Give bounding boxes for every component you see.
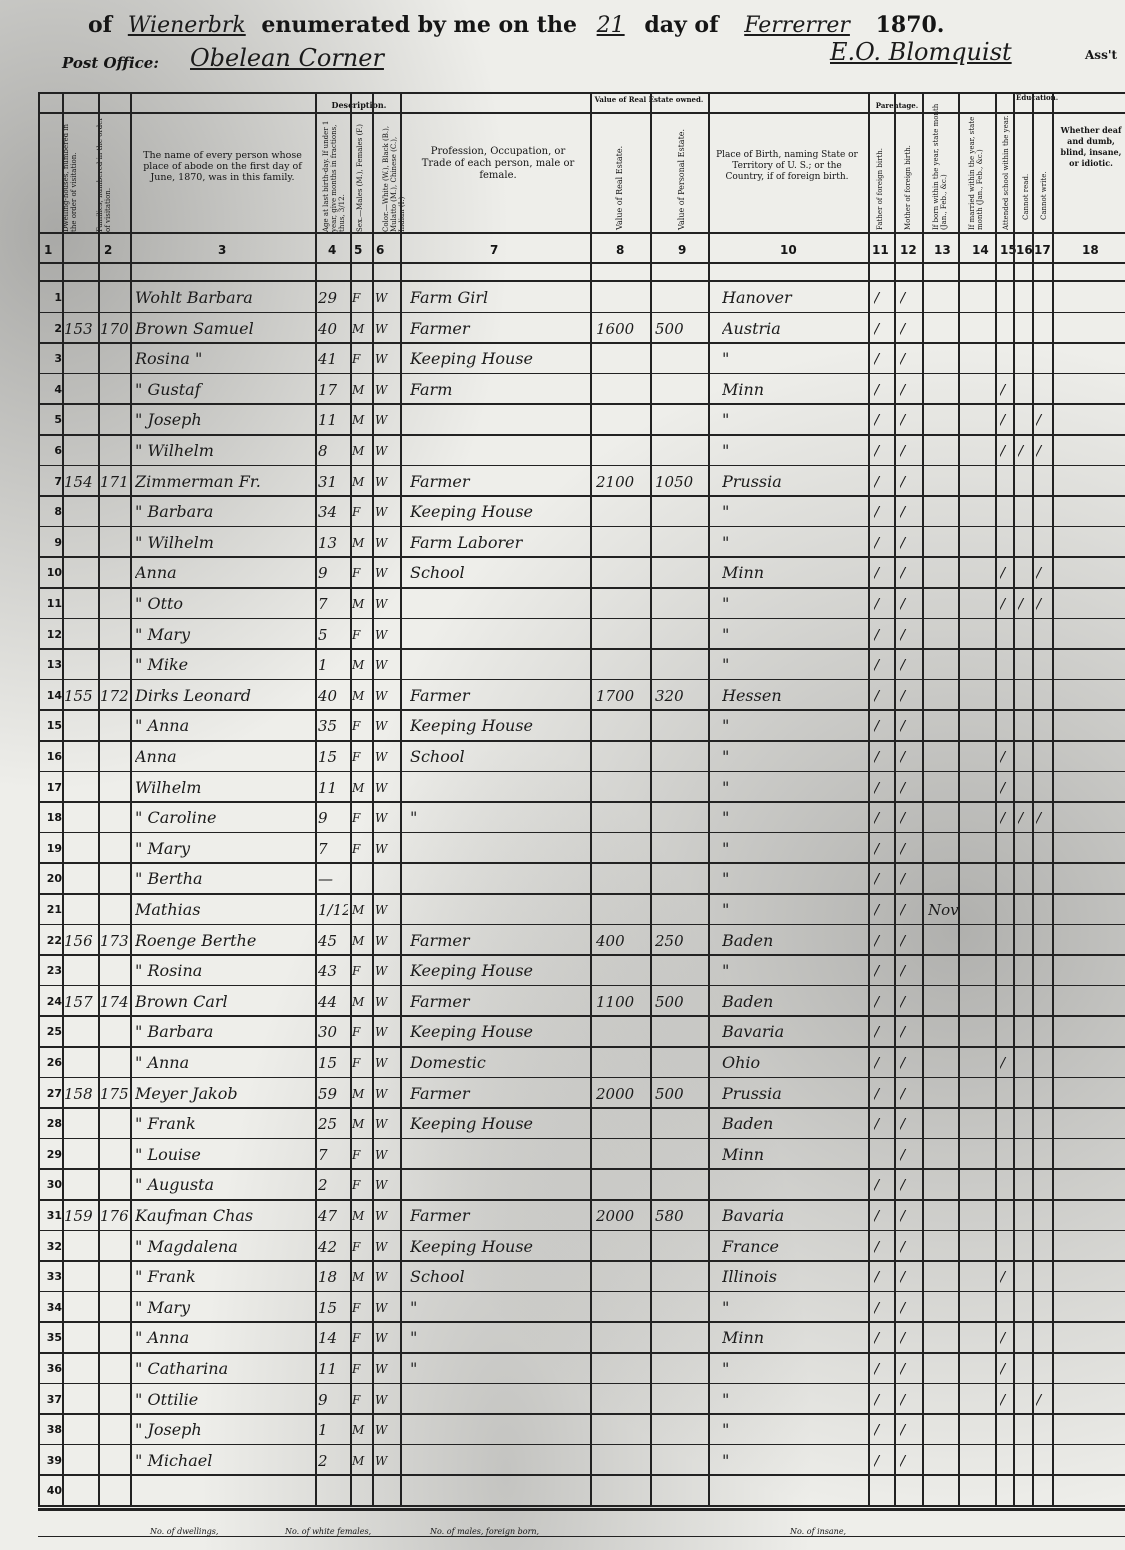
cell-re: 1700: [596, 687, 648, 705]
line-number: 9: [40, 536, 62, 549]
cell-m: /: [900, 1207, 918, 1225]
col15-heading: Attended school within the year.: [1002, 100, 1010, 230]
cell-m: /: [900, 1176, 918, 1194]
cell-m: /: [900, 809, 918, 827]
cell-f: /: [874, 870, 892, 888]
grid-row-line: [38, 985, 1125, 987]
cell-sex: M: [352, 779, 372, 797]
column-number: 8: [616, 243, 624, 257]
cell-school: /: [1000, 1391, 1014, 1409]
grid-vertical-line: [372, 92, 374, 1507]
cell-re: 1600: [596, 320, 648, 338]
year-value: 1870.: [876, 12, 945, 38]
cell-f: /: [874, 534, 892, 552]
cell-name: Wohlt Barbara: [135, 289, 315, 307]
cell-f: /: [874, 473, 892, 491]
cell-color: W: [375, 656, 399, 674]
cell-occ: Keeping House: [410, 1115, 585, 1133]
cell-f: /: [874, 1299, 892, 1317]
grid-vertical-line: [38, 92, 40, 1507]
grid-row-line: [38, 465, 1125, 467]
day-of-label: day of: [644, 12, 718, 38]
grid-vertical-line: [922, 92, 924, 1507]
cell-occ: ": [410, 809, 585, 827]
column-number: 2: [104, 243, 112, 257]
cell-f: /: [874, 503, 892, 521]
cell-color: W: [375, 1054, 399, 1072]
cell-age: 15: [318, 748, 348, 766]
cell-age: 7: [318, 595, 348, 613]
cell-birth: ": [722, 503, 862, 521]
cell-color: W: [375, 626, 399, 644]
cell-color: W: [375, 901, 399, 919]
grid-row-line: [38, 1260, 1125, 1262]
cell-sex: M: [352, 687, 372, 705]
cell-f: /: [874, 1054, 892, 1072]
cell-age: 25: [318, 1115, 348, 1133]
cell-m: /: [900, 381, 918, 399]
cell-nw: /: [1036, 442, 1050, 460]
line-number: 34: [40, 1301, 62, 1314]
cell-color: W: [375, 1421, 399, 1439]
cell-age: 9: [318, 1391, 348, 1409]
cell-f: /: [874, 289, 892, 307]
cell-occ: Keeping House: [410, 1023, 585, 1041]
cell-sex: M: [352, 381, 372, 399]
cell-m: /: [900, 1421, 918, 1439]
cell-birth: Baden: [722, 993, 862, 1011]
cell-nw: /: [1036, 411, 1050, 429]
cell-color: W: [375, 687, 399, 705]
census-page: of Wienerbrk enumerated by me on the 21 …: [0, 0, 1125, 1550]
grid-row-line: [38, 954, 1125, 956]
cell-age: 45: [318, 932, 348, 950]
cell-color: W: [375, 381, 399, 399]
cell-name: " Magdalena: [135, 1238, 315, 1256]
grid-row-line: [38, 1413, 1125, 1415]
cell-sex: M: [352, 534, 372, 552]
grid-row-line: [38, 1046, 1125, 1048]
cell-birth: Bavaria: [722, 1023, 862, 1041]
cell-birth: Minn: [722, 564, 862, 582]
description-group-heading: Description.: [320, 100, 398, 111]
cell-m: /: [900, 320, 918, 338]
cell-birth: ": [722, 962, 862, 980]
cell-m: /: [900, 779, 918, 797]
col14-heading: If married within the year, state month …: [968, 100, 984, 230]
cell-dw: 153: [64, 320, 98, 338]
cell-color: W: [375, 717, 399, 735]
cell-birth: ": [722, 1299, 862, 1317]
cell-name: Rosina ": [135, 350, 315, 368]
cell-age: 1/12: [318, 901, 348, 919]
line-number: 7: [40, 475, 62, 488]
cell-birth: Hanover: [722, 289, 862, 307]
grid-vertical-line: [958, 92, 960, 1507]
cell-m: /: [900, 595, 918, 613]
cell-f: /: [874, 564, 892, 582]
cell-name: " Wilhelm: [135, 534, 315, 552]
cell-name: " Augusta: [135, 1176, 315, 1194]
cell-sex: F: [352, 503, 372, 521]
cell-school: /: [1000, 1360, 1014, 1378]
line-number: 27: [40, 1087, 62, 1100]
cell-occ: ": [410, 1299, 585, 1317]
cell-birth: Hessen: [722, 687, 862, 705]
enumerator-signature: E.O. Blomquist: [830, 38, 1012, 66]
cell-nr: /: [1018, 809, 1032, 827]
cell-m: /: [900, 1391, 918, 1409]
cell-birth: ": [722, 1421, 862, 1439]
line-number: 26: [40, 1056, 62, 1069]
cell-m: /: [900, 656, 918, 674]
footer-white-females: No. of white females,: [285, 1527, 371, 1536]
cell-f: /: [874, 687, 892, 705]
cell-occ: Keeping House: [410, 1238, 585, 1256]
grid-row-line: [38, 1383, 1125, 1385]
grid-row-line: [38, 526, 1125, 528]
cell-fam: 170: [100, 320, 130, 338]
grid-vertical-line: [590, 92, 592, 1507]
line-number: 36: [40, 1362, 62, 1375]
line-number: 37: [40, 1393, 62, 1406]
cell-sex: M: [352, 320, 372, 338]
cell-m: /: [900, 564, 918, 582]
cell-age: 34: [318, 503, 348, 521]
cell-color: W: [375, 350, 399, 368]
cell-m: /: [900, 411, 918, 429]
cell-m: /: [900, 1329, 918, 1347]
cell-name: " Ottilie: [135, 1391, 315, 1409]
column-number: 4: [328, 243, 336, 257]
column-number: 13: [934, 243, 951, 257]
cell-age: 14: [318, 1329, 348, 1347]
cell-occ: Farmer: [410, 687, 585, 705]
grid-row-line: [38, 924, 1125, 926]
cell-m: /: [900, 1268, 918, 1286]
cell-m: /: [900, 1085, 918, 1103]
grid-row-line: [38, 342, 1125, 344]
cell-occ: Domestic: [410, 1054, 585, 1072]
cell-nr: /: [1018, 442, 1032, 460]
cell-sex: F: [352, 1238, 372, 1256]
line-number: 11: [40, 597, 62, 610]
cell-color: W: [375, 932, 399, 950]
column-number: 17: [1034, 243, 1051, 257]
grid-vertical-line: [894, 92, 896, 1507]
column-number: 14: [972, 243, 989, 257]
line-number: 35: [40, 1331, 62, 1344]
cell-f: /: [874, 1238, 892, 1256]
col13-heading: If born within the year, state month (Ja…: [932, 100, 948, 230]
cell-color: W: [375, 534, 399, 552]
day-value: 21: [585, 13, 637, 38]
cell-sex: M: [352, 473, 372, 491]
cell-age: 11: [318, 1360, 348, 1378]
line-number: 24: [40, 995, 62, 1008]
header-line-1: of Wienerbrk enumerated by me on the 21 …: [88, 12, 944, 38]
col1-heading: Dwelling-houses, numbered in the order o…: [62, 112, 78, 232]
cell-color: W: [375, 1391, 399, 1409]
footer-foreign-males: No. of males, foreign born,: [430, 1527, 539, 1536]
cell-pe: 500: [655, 320, 705, 338]
line-number: 16: [40, 750, 62, 763]
column-number: 12: [900, 243, 917, 257]
grid-header-line: [38, 112, 1125, 114]
cell-color: W: [375, 840, 399, 858]
cell-birth: ": [722, 779, 862, 797]
cell-color: W: [375, 993, 399, 1011]
cell-birth: ": [722, 901, 862, 919]
cell-re: 2000: [596, 1085, 648, 1103]
line-number: 18: [40, 811, 62, 824]
cell-m: /: [900, 748, 918, 766]
cell-name: Zimmerman Fr.: [135, 473, 315, 491]
cell-re: 400: [596, 932, 648, 950]
column-number: 7: [490, 243, 498, 257]
line-number: 21: [40, 903, 62, 916]
grid-row-line: [38, 1015, 1125, 1017]
cell-m: /: [900, 870, 918, 888]
grid-row-line: [38, 1291, 1125, 1293]
cell-birth: ": [722, 656, 862, 674]
col9-heading: Value of Personal Estate.: [678, 125, 686, 230]
line-number: 10: [40, 566, 62, 579]
grid-row-line: [38, 801, 1125, 803]
column-number: 11: [872, 243, 889, 257]
grid-row-line: [38, 862, 1125, 864]
cell-age: 11: [318, 411, 348, 429]
cell-dw: 157: [64, 993, 98, 1011]
cell-birth: ": [722, 595, 862, 613]
cell-f: /: [874, 932, 892, 950]
cell-f: /: [874, 993, 892, 1011]
cell-name: " Frank: [135, 1115, 315, 1133]
cell-sex: M: [352, 411, 372, 429]
cell-m: /: [900, 1238, 918, 1256]
cell-sex: F: [352, 350, 372, 368]
cell-name: " Anna: [135, 1329, 315, 1347]
cell-occ: Farm Girl: [410, 289, 585, 307]
cell-m: /: [900, 350, 918, 368]
grid-row-line: [38, 1321, 1125, 1323]
line-number: 3: [40, 352, 62, 365]
cell-color: W: [375, 779, 399, 797]
cell-birth: France: [722, 1238, 862, 1256]
col8-heading: Value of Real Estate.: [616, 125, 624, 230]
cell-color: W: [375, 1085, 399, 1103]
cell-fam: 176: [100, 1207, 130, 1225]
cell-sex: M: [352, 1085, 372, 1103]
cell-f: /: [874, 626, 892, 644]
cell-occ: Farmer: [410, 932, 585, 950]
cell-age: 7: [318, 1146, 348, 1164]
cell-birth: Prussia: [722, 473, 862, 491]
cell-pe: 250: [655, 932, 705, 950]
cell-nw: /: [1036, 595, 1050, 613]
cell-school: /: [1000, 411, 1014, 429]
col11-heading: Father of foreign birth.: [876, 120, 884, 230]
cell-age: 30: [318, 1023, 348, 1041]
month-value: Ferrerrer: [726, 13, 868, 38]
footer-insane: No. of insane,: [790, 1527, 846, 1536]
cell-f: /: [874, 1115, 892, 1133]
col4-heading: Age at last birth-day. If under 1 year, …: [322, 112, 346, 232]
cell-dw: 156: [64, 932, 98, 950]
grid-row-line: [38, 893, 1125, 895]
grid-row-line: [38, 556, 1125, 558]
cell-color: W: [375, 320, 399, 338]
cell-f: /: [874, 779, 892, 797]
cell-birth: ": [722, 442, 862, 460]
cell-color: W: [375, 1329, 399, 1347]
grid-row-line: [38, 709, 1125, 711]
cell-sex: M: [352, 1452, 372, 1470]
cell-m: /: [900, 289, 918, 307]
line-number: 19: [40, 842, 62, 855]
cell-color: W: [375, 442, 399, 460]
cell-dw: 159: [64, 1207, 98, 1225]
cell-name: " Barbara: [135, 503, 315, 521]
cell-birth: ": [722, 870, 862, 888]
cell-name: " Joseph: [135, 1421, 315, 1439]
cell-m: /: [900, 687, 918, 705]
grid-vertical-line: [62, 92, 64, 1507]
cell-f: /: [874, 1023, 892, 1041]
cell-color: W: [375, 595, 399, 613]
line-number: 17: [40, 781, 62, 794]
line-number: 39: [40, 1454, 62, 1467]
cell-sex: M: [352, 1268, 372, 1286]
grid-row-line: [38, 403, 1125, 405]
cell-sex: M: [352, 1421, 372, 1439]
cell-occ: Keeping House: [410, 350, 585, 368]
cell-name: Anna: [135, 564, 315, 582]
cell-occ: Keeping House: [410, 962, 585, 980]
cell-occ: Farmer: [410, 993, 585, 1011]
cell-name: " Joseph: [135, 411, 315, 429]
col16-heading: Cannot read.: [1022, 120, 1030, 220]
grid-vertical-line: [1052, 92, 1054, 1507]
grid-row-line: [38, 771, 1125, 773]
column-number: 3: [218, 243, 226, 257]
cell-color: W: [375, 1207, 399, 1225]
cell-name: " Frank: [135, 1268, 315, 1286]
line-number: 28: [40, 1117, 62, 1130]
cell-birth: Minn: [722, 1146, 862, 1164]
cell-sex: M: [352, 656, 372, 674]
line-number: 14: [40, 689, 62, 702]
line-number: 33: [40, 1270, 62, 1283]
cell-pe: 500: [655, 1085, 705, 1103]
cell-school: /: [1000, 564, 1014, 582]
cell-name: Dirks Leonard: [135, 687, 315, 705]
grid-vertical-line: [868, 92, 870, 1507]
col7-heading: Profession, Occupation, or Trade of each…: [418, 146, 578, 182]
cell-f: /: [874, 1085, 892, 1103]
cell-nw: /: [1036, 1391, 1050, 1409]
cell-age: 31: [318, 473, 348, 491]
cell-sex: F: [352, 1176, 372, 1194]
grid-vertical-line: [315, 92, 317, 1507]
cell-age: 35: [318, 717, 348, 735]
line-number: 23: [40, 964, 62, 977]
grid-vertical-line: [130, 92, 132, 1507]
cell-birth: Austria: [722, 320, 862, 338]
cell-birth: Baden: [722, 932, 862, 950]
cell-school: /: [1000, 748, 1014, 766]
grid-row-line: [38, 587, 1125, 589]
col17-heading: Cannot write.: [1040, 120, 1048, 220]
township-value: Wienerbrk: [120, 13, 254, 38]
cell-school: /: [1000, 442, 1014, 460]
grid-vertical-line: [1013, 92, 1015, 1507]
cell-sex: F: [352, 1360, 372, 1378]
cell-dw: 154: [64, 473, 98, 491]
cell-re: 2100: [596, 473, 648, 491]
cell-color: W: [375, 1299, 399, 1317]
cell-sex: F: [352, 564, 372, 582]
cell-age: 1: [318, 656, 348, 674]
grid-row-line: [38, 1230, 1125, 1232]
cell-name: " Wilhelm: [135, 442, 315, 460]
cell-school: /: [1000, 1329, 1014, 1347]
cell-sex: M: [352, 932, 372, 950]
cell-sex: F: [352, 1054, 372, 1072]
cell-age: 18: [318, 1268, 348, 1286]
cell-birth: Bavaria: [722, 1207, 862, 1225]
cell-occ: School: [410, 748, 585, 766]
cell-birth: ": [722, 809, 862, 827]
cell-occ: Farm: [410, 381, 585, 399]
cell-m: /: [900, 840, 918, 858]
cell-age: 40: [318, 320, 348, 338]
cell-age: 9: [318, 564, 348, 582]
grid-header-line: [38, 262, 1125, 264]
cell-sex: M: [352, 442, 372, 460]
cell-sex: M: [352, 1207, 372, 1225]
line-number: 4: [40, 383, 62, 396]
cell-name: Wilhelm: [135, 779, 315, 797]
cell-f: /: [874, 1421, 892, 1439]
grid-row-line: [38, 740, 1125, 742]
cell-f: /: [874, 381, 892, 399]
cell-name: " Mary: [135, 626, 315, 644]
cell-re: 1100: [596, 993, 648, 1011]
cell-m: /: [900, 901, 918, 919]
cell-age: 41: [318, 350, 348, 368]
cell-color: W: [375, 564, 399, 582]
cell-name: Anna: [135, 748, 315, 766]
grid-vertical-line: [650, 92, 652, 1507]
col18-heading: Whether deaf and dumb, blind, insane, or…: [1058, 125, 1124, 169]
cell-color: W: [375, 962, 399, 980]
grid-row-line: [38, 1444, 1125, 1446]
cell-age: 15: [318, 1299, 348, 1317]
cell-f: /: [874, 901, 892, 919]
cell-sex: F: [352, 626, 372, 644]
cell-sex: F: [352, 748, 372, 766]
line-number: 22: [40, 934, 62, 947]
post-office-label: Post Office:: [62, 54, 159, 72]
cell-birth: Minn: [722, 1329, 862, 1347]
cell-school: /: [1000, 595, 1014, 613]
cell-re: 2000: [596, 1207, 648, 1225]
cell-m: /: [900, 962, 918, 980]
grid-row-line: [38, 1199, 1125, 1201]
cell-f: /: [874, 595, 892, 613]
cell-birth: ": [722, 534, 862, 552]
